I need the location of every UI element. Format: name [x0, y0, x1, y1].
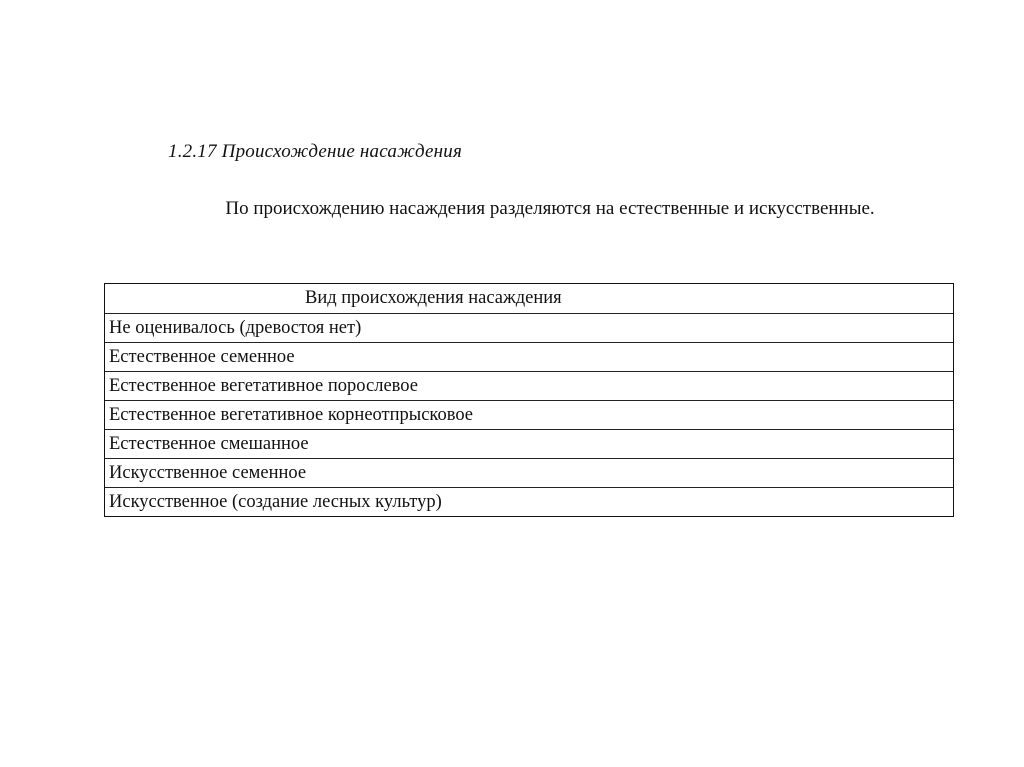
intro-paragraph: По происхождению насаждения разделяются …: [200, 196, 900, 222]
table-row: Искусственное (создание лесных культур): [105, 487, 953, 516]
section-title: 1.2.17 Происхождение насаждения: [168, 141, 462, 163]
table-header: Вид происхождения насаждения: [105, 284, 953, 313]
table-row: Естественное смешанное: [105, 429, 953, 458]
origin-table: Вид происхождения насаждения Не оценивал…: [104, 283, 954, 517]
table-row: Естественное семенное: [105, 342, 953, 371]
table-row: Не оценивалось (древостоя нет): [105, 313, 953, 342]
table-row: Естественное вегетативное корнеотпрысков…: [105, 400, 953, 429]
table-row: Искусственное семенное: [105, 458, 953, 487]
table-row: Естественное вегетативное порослевое: [105, 371, 953, 400]
